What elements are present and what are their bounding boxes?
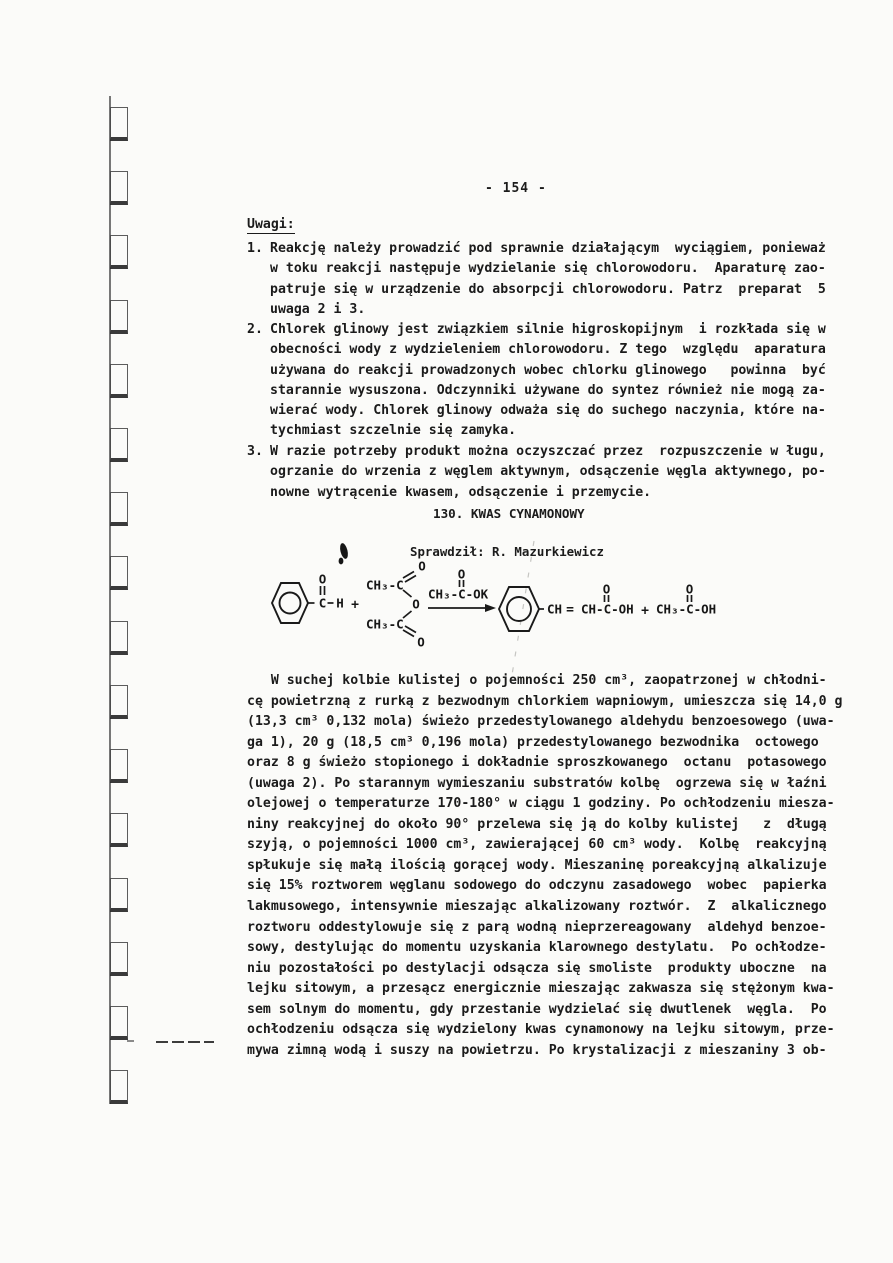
hydrogen-label: H [336, 596, 344, 611]
oxygen-label: O [418, 559, 426, 574]
oxygen-label: O [686, 582, 694, 597]
catalyst-formula: CH₃-C-OK [428, 587, 489, 602]
anhydride-top-label: CH₃-C [366, 578, 404, 593]
plus-sign: + [641, 604, 649, 619]
binder-mark [110, 364, 128, 398]
binder-mark [110, 492, 128, 526]
binder-mark [110, 878, 128, 912]
benzene-ring-circle [507, 597, 531, 621]
fold-crease [511, 541, 534, 681]
note-text: Chlorek glinowy jest związkiem silnie hi… [270, 320, 870, 442]
scanned-page: - 154 - Uwagi: 1. Reakcję należy prowadz… [0, 0, 893, 1263]
binder-mark [110, 235, 128, 269]
oxygen-label: O [412, 597, 420, 612]
binder-mark [110, 749, 128, 783]
reaction-arrow [428, 604, 496, 612]
binder-mark [110, 1006, 128, 1040]
acetic-acid-structure: CH₃-C-OH O [656, 582, 716, 617]
section-title: 130. KWAS CYNAMONOWY [433, 506, 585, 521]
note-text: Reakcję należy prowadzić pod sprawnie dz… [270, 239, 870, 320]
margin-dots [127, 1040, 134, 1042]
benzaldehyde-structure: C H O [272, 572, 344, 624]
ink-blot [339, 542, 350, 564]
binder-mark [110, 171, 128, 205]
acetic-anhydride-structure: CH₃-C O O CH₃-C O [366, 559, 426, 650]
binder-mark [110, 685, 128, 719]
note-number: 3. [247, 442, 263, 462]
benzene-ring [272, 583, 308, 623]
oxygen-label: O [417, 635, 425, 650]
acid-chain-label: CH-C-OH [581, 602, 634, 617]
binder-mark [110, 621, 128, 655]
binder-mark [110, 813, 128, 847]
double-bond-equals: = [566, 603, 574, 618]
checked-by: Sprawdził: R. Mazurkiewicz [410, 544, 604, 559]
binder-mark [110, 556, 128, 590]
cinnamic-acid-structure: CH = CH-C-OH O [499, 582, 634, 632]
acetic-acid-formula: CH₃-C-OH [656, 602, 716, 617]
oxygen-label: O [458, 567, 466, 582]
carbon-label: C [319, 596, 327, 611]
binder-mark [110, 300, 128, 334]
oxygen-label: O [319, 572, 327, 587]
note-text: W razie potrzeby produkt można oczyszcza… [270, 442, 870, 503]
binder-mark [110, 1070, 128, 1104]
vinyl-ch-label: CH [547, 602, 562, 617]
plus-sign: + [351, 598, 359, 613]
binder-mark [110, 942, 128, 976]
page-number: - 154 - [485, 181, 547, 196]
benzene-ring-circle [280, 593, 301, 614]
procedure-paragraph: W suchej kolbie kulistej o pojemności 25… [247, 671, 869, 1061]
oxygen-label: O [603, 582, 611, 597]
anhydride-bottom-label: CH₃-C [366, 617, 404, 632]
benzene-ring [499, 587, 539, 631]
note-number: 2. [247, 320, 263, 340]
binder-mark [110, 107, 128, 141]
notes-heading: Uwagi: [247, 217, 295, 234]
note-number: 1. [247, 239, 263, 259]
margin-dash-mark [156, 1041, 214, 1043]
binder-mark [110, 428, 128, 462]
catalyst-structure: CH₃-C-OK O [428, 567, 489, 602]
